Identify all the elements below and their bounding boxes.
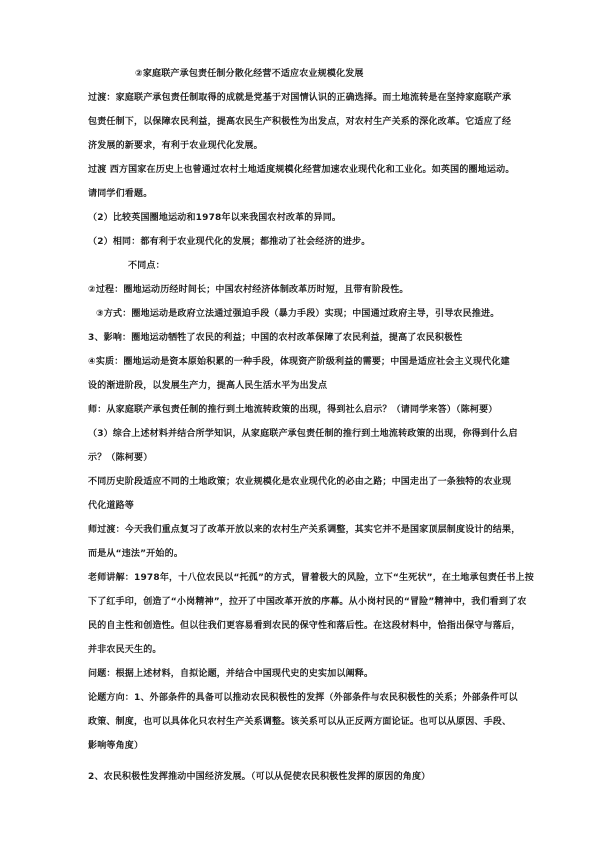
text-line: 而是从“违法”开始的。 <box>88 542 529 566</box>
text-line: 请同学们看题。 <box>88 182 529 206</box>
text-line: 民的自主性和创造性。但以往我们更容易看到农民的保守性和落后性。在这段材料中，恰指… <box>88 614 529 638</box>
text-line: 不同历史阶段适应不同的土地政策；农业规模化是农业现代化的必由之路；中国走出了一条… <box>88 470 529 494</box>
text-line: （3）综合上述材料并结合所学知识，从家庭联产承包责任制的推行到土地流转政策的出现… <box>88 422 529 446</box>
text-line: ②过程：圈地运动历经时间长；中国农村经济体制改革历时短，且带有阶段性。 <box>88 278 529 302</box>
text-line: 包责任制下，以保障农民利益，提高农民生产积极性为出发点，对农村生产关系的深化改革… <box>88 110 529 134</box>
text-line: 影响等角度） <box>88 734 529 758</box>
text-line: 代化道路等 <box>88 494 529 518</box>
text-line: 过渡 西方国家在历史上也曾通过农村土地适度规模化经营加速农业现代化和工业化。如英… <box>88 158 529 182</box>
text-line: ④实质：圈地运动是资本原始积累的一种手段，体现资产阶级利益的需要；中国是适应社会… <box>88 350 529 374</box>
text-line: 2、农民积极性发挥推动中国经济发展。（可以从促使农民积极性发挥的原因的角度） <box>88 765 529 789</box>
text-line: 示？（陈柯要） <box>88 446 529 470</box>
text-line: 政策、制度，也可以具体化只农村生产关系调整。该关系可以从正反两方面论证。也可以从… <box>88 710 529 734</box>
text-line: 过渡：家庭联产承包责任制取得的成就是党基于对国情认识的正确选择。而土地流转是在坚… <box>88 86 529 110</box>
text-line: 师过渡：今天我们重点复习了改革开放以来的农村生产关系调整，其实它并不是国家顶层制… <box>88 518 529 542</box>
document-body: ②家庭联产承包责任制分散化经营不适应农业规模化发展过渡：家庭联产承包责任制取得的… <box>88 62 529 789</box>
text-line: ②家庭联产承包责任制分散化经营不适应农业规模化发展 <box>88 62 529 86</box>
text-line: 师：从家庭联产承包责任制的推行到土地流转政策的出现，得到社么启示？（请同学来答）… <box>88 398 529 422</box>
text-line: 问题：根据上述材料，自拟论题，并结合中国现代史的史实加以阐释。 <box>88 662 529 686</box>
text-line: ③方式：圈地运动是政府立法通过强迫手段（暴力手段）实现；中国通过政府主导，引导农… <box>88 302 529 326</box>
text-line: （2）比较英国圈地运动和1978年以来我国农村改革的异同。 <box>88 206 529 230</box>
document-page: ②家庭联产承包责任制分散化经营不适应农业规模化发展过渡：家庭联产承包责任制取得的… <box>0 0 595 842</box>
text-line: （2）相同：都有利于农业现代化的发展；都推动了社会经济的进步。 <box>88 230 529 254</box>
text-line: 设的渐进阶段，以发展生产力，提高人民生活水平为出发点 <box>88 374 529 398</box>
text-line: 3、影响：圈地运动牺牲了农民的利益；中国的农村改革保障了农民利益，提高了农民积极… <box>88 326 529 350</box>
text-line: 论题方向：1、外部条件的具备可以推动农民积极性的发挥（外部条件与农民积极性的关系… <box>88 686 529 710</box>
text-line: 老师讲解：1978年，十八位农民以“托孤”的方式，冒着极大的风险，立下“生死状”… <box>88 566 529 590</box>
text-line: 下了红手印，创造了“小岗精神”，拉开了中国改革开放的序幕。从小岗村民的“冒险”精… <box>88 590 529 614</box>
text-line: 济发展的新要求，有利于农业现代化发展。 <box>88 134 529 158</box>
text-line: 并非农民天生的。 <box>88 638 529 662</box>
text-line: 不同点： <box>88 254 529 278</box>
